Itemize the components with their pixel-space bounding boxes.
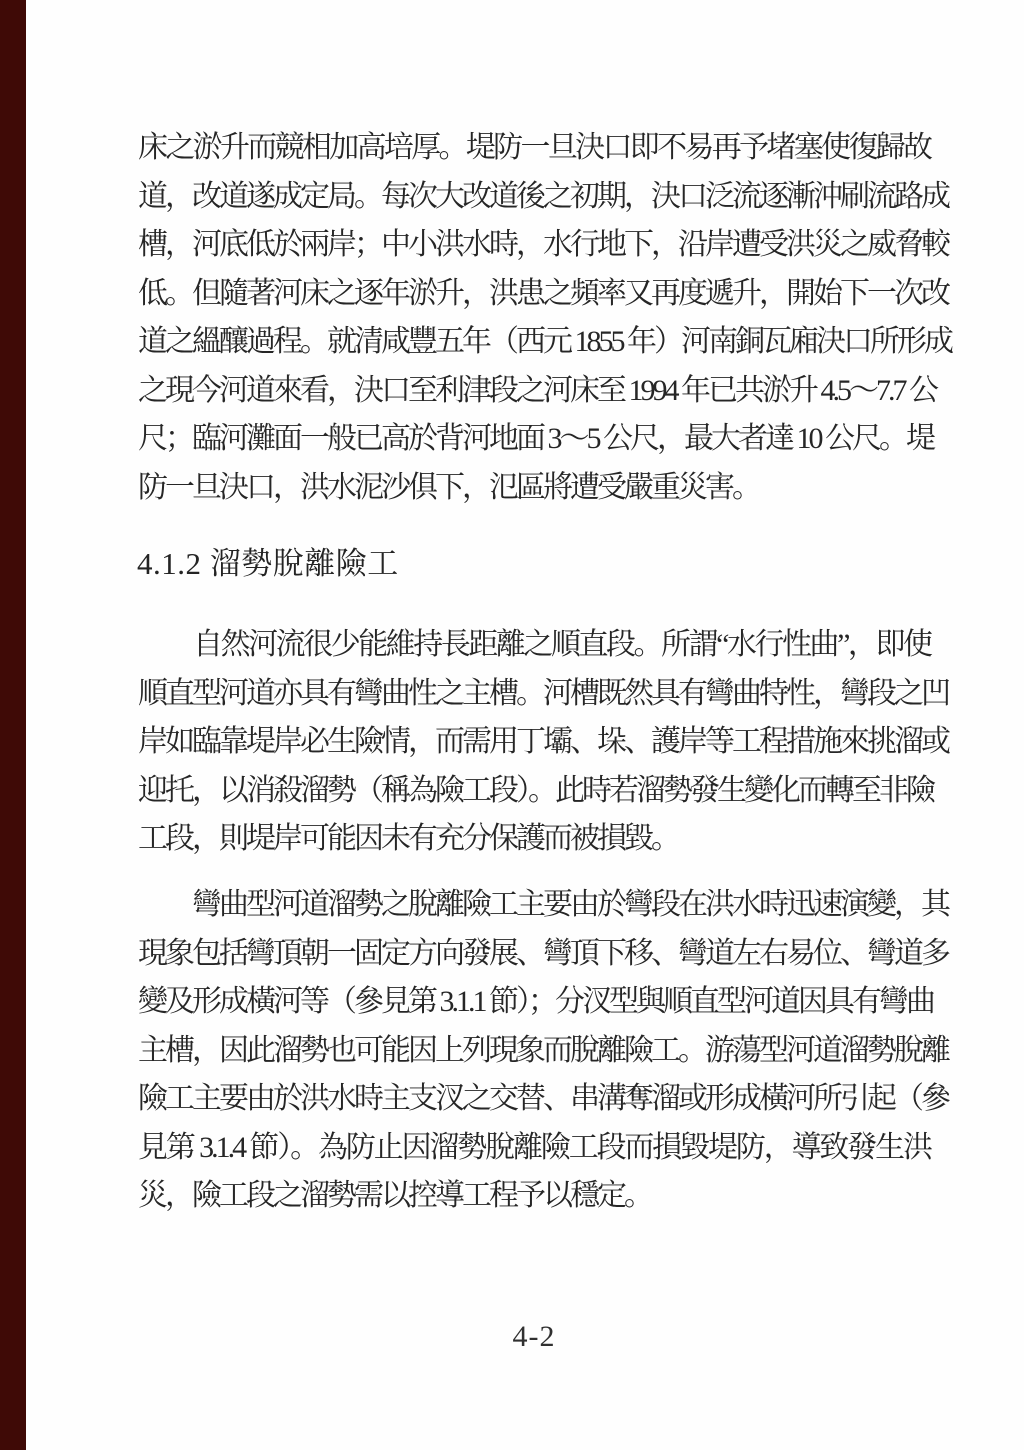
scan-edge-artifact: [0, 0, 26, 1450]
text-line: 迎托，以消殺溜勢（稱為險工段）。此時若溜勢發生變化而轉至非險: [138, 767, 930, 816]
scanned-document-page: 床之淤升而競相加高培厚。堤防一旦決口即不易再予堵塞使復歸故道，改道遂成定局。每次…: [0, 0, 1024, 1450]
text-line: 彎曲型河道溜勢之脫離險工主要由於彎段在洪水時迅速演變，其: [138, 881, 930, 930]
paragraph-natural-river-curvature: 自然河流很少能維持長距離之順直段。所謂“水行性曲”，即使順直型河道亦具有彎曲性之…: [138, 621, 930, 864]
text-line: 自然河流很少能維持長距離之順直段。所謂“水行性曲”，即使: [138, 621, 930, 670]
text-line: 尺；臨河灘面一般已高於背河地面 3～5 公尺，最大者達 10 公尺。堤: [138, 415, 930, 464]
text-line: 災，險工段之溜勢需以控導工程予以穩定。: [138, 1172, 930, 1221]
text-line: 變及形成橫河等（參見第 3.1.1 節）；分汊型與順直型河道因具有彎曲: [138, 978, 930, 1027]
text-line: 床之淤升而競相加高培厚。堤防一旦決口即不易再予堵塞使復歸故: [138, 124, 930, 173]
paragraph-meandering-channel-detachment: 彎曲型河道溜勢之脫離險工主要由於彎段在洪水時迅速演變，其現象包括彎頂朝一固定方向…: [138, 881, 930, 1221]
section-heading-4-1-2: 4.1.2 溜勢脫離險工: [137, 540, 937, 588]
text-line: 防一旦決口，洪水泥沙俱下，氾區將遭受嚴重災害。: [138, 464, 930, 513]
paragraph-river-bed-aggradation: 床之淤升而競相加高培厚。堤防一旦決口即不易再予堵塞使復歸故道，改道遂成定局。每次…: [138, 124, 930, 512]
text-line: 主槽，因此溜勢也可能因上列現象而脫離險工。游蕩型河道溜勢脫離: [138, 1027, 930, 1076]
text-line: 險工主要由於洪水時主支汊之交替、串溝奪溜或形成橫河所引起（參: [138, 1075, 930, 1124]
text-line: 工段，則堤岸可能因未有充分保護而被損毀。: [138, 815, 930, 864]
text-line: 槽，河底低於兩岸；中小洪水時，水行地下，沿岸遭受洪災之威脅較: [138, 221, 930, 270]
text-line: 低。但隨著河床之逐年淤升，洪患之頻率又再度遞升，開始下一次改: [138, 270, 930, 319]
text-line: 道之縕釀過程。就清咸豐五年（西元 1855 年）河南銅瓦廂決口所形成: [138, 318, 930, 367]
text-line: 之現今河道來看，決口至利津段之河床至 1994 年已共淤升 4.5～7.7 公: [138, 367, 930, 416]
page-number: 4-2: [138, 1318, 930, 1356]
text-line: 順直型河道亦具有彎曲性之主槽。河槽既然具有彎曲特性，彎段之凹: [138, 670, 930, 719]
text-line: 岸如臨靠堤岸必生險情，而需用丁壩、垛、護岸等工程措施來挑溜或: [138, 718, 930, 767]
text-line: 見第 3.1.4 節）。為防止因溜勢脫離險工段而損毀堤防，導致發生洪: [138, 1124, 930, 1173]
text-line: 現象包括彎頂朝一固定方向發展、彎頂下移、彎道左右易位、彎道多: [138, 930, 930, 979]
text-line: 道，改道遂成定局。每次大改道後之初期，決口泛流逐漸沖刷流路成: [138, 173, 930, 222]
